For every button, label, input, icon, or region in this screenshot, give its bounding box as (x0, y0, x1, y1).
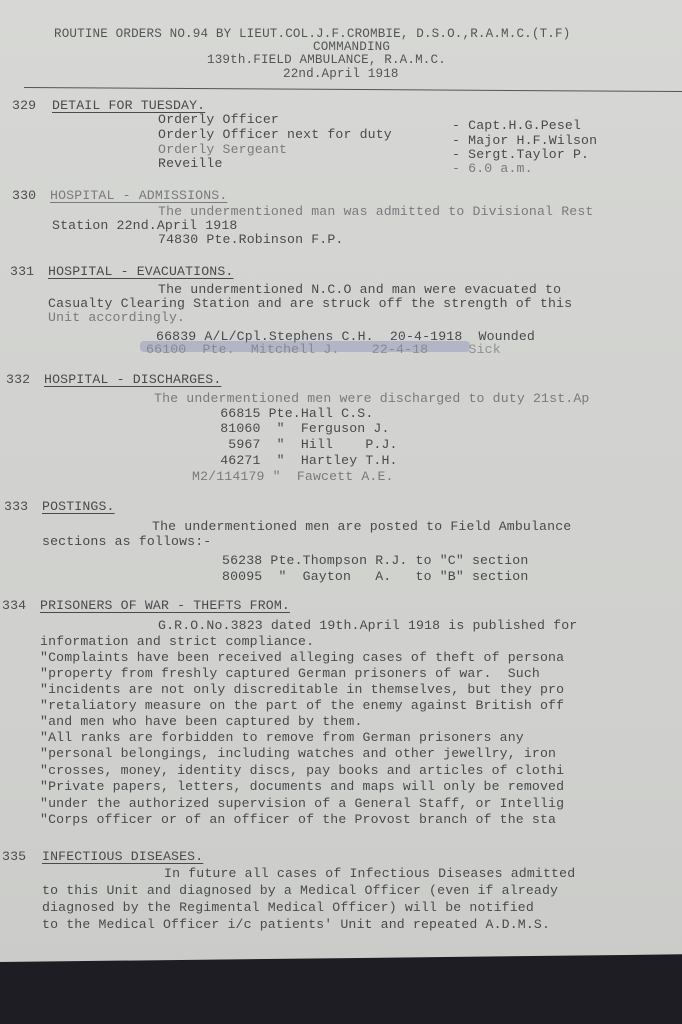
duty-assignee: - Sergt.Taylor P. (452, 147, 589, 162)
duty-role: Orderly Sergeant (158, 142, 287, 157)
duty-assignee: - Capt.H.G.Pesel (452, 118, 581, 133)
section-title: HOSPITAL - DISCHARGES. (44, 372, 221, 387)
body-line: In future all cases of Infectious Diseas… (164, 866, 575, 881)
quote-line: "and men who have been captured by them. (40, 714, 363, 729)
discharge-entry: 81060 " Ferguson J. (196, 421, 390, 436)
discharge-entry: 46271 " Hartley T.H. (196, 453, 398, 468)
posting-entry: 56238 Pte.Thompson R.J. to "C" section (222, 553, 528, 568)
body-line: information and strict compliance. (40, 634, 314, 649)
body-line: The undermentioned N.C.O and man were ev… (158, 282, 561, 297)
body-line: G.R.O.No.3823 dated 19th.April 1918 is p… (158, 618, 577, 633)
quote-line: "Private papers, letters, documents and … (40, 779, 564, 794)
body-line: The undermentioned men were discharged t… (154, 391, 589, 406)
section-number: 333 (4, 499, 28, 514)
duty-assignee: - Major H.F.Wilson (452, 133, 597, 148)
posting-entry: 80095 " Gayton A. to "B" section (222, 569, 528, 584)
duty-assignee: - 6.0 a.m. (452, 161, 533, 176)
evacuation-entry-struck: 66100 Pte. Mitchell J. 22-4-18 Sick (146, 342, 501, 357)
quote-line: "property from freshly captured German p… (40, 666, 540, 681)
body-line: to this Unit and diagnosed by a Medical … (42, 883, 558, 898)
section-number: 335 (2, 849, 26, 864)
body-line: Station 22nd.April 1918 (52, 218, 237, 233)
admission-entry: 74830 Pte.Robinson F.P. (158, 232, 343, 247)
quote-line: "Corps officer or of an officer of the P… (40, 812, 556, 827)
quote-line: "personal belongings, including watches … (40, 746, 556, 761)
quote-line: "under the authorized supervision of a G… (40, 796, 564, 811)
document-page: ROUTINE ORDERS NO.94 BY LIEUT.COL.J.F.CR… (0, 0, 682, 962)
discharge-entry: M2/114179 " Fawcett A.E. (192, 469, 394, 484)
body-line: Unit accordingly. (48, 310, 185, 325)
quote-line: "incidents are not only discreditable in… (40, 682, 564, 697)
body-line: The undermentioned man was admitted to D… (158, 204, 593, 219)
header-date: 22nd.April 1918 (283, 67, 399, 82)
quote-line: "crosses, money, identity discs, pay boo… (40, 763, 564, 778)
quote-line: "All ranks are forbidden to remove from … (40, 730, 524, 745)
section-number: 331 (10, 264, 34, 279)
section-title: HOSPITAL - EVACUATIONS. (48, 264, 233, 279)
body-line: Casualty Clearing Station and are struck… (48, 296, 572, 311)
header-unit: 139th.FIELD AMBULANCE, R.A.M.C. (207, 53, 446, 68)
discharge-entry: 5967 " Hill P.J. (196, 437, 398, 452)
header-rule (24, 87, 682, 92)
section-number: 334 (2, 598, 26, 613)
section-title: INFECTIOUS DISEASES. (42, 849, 203, 864)
duty-role: Reveille (158, 156, 223, 171)
section-title: PRISONERS OF WAR - THEFTS FROM. (40, 598, 290, 613)
body-line: The undermentioned men are posted to Fie… (152, 519, 571, 534)
section-title: POSTINGS. (42, 499, 115, 514)
discharge-entry: 66815 Pte.Hall C.S. (196, 406, 373, 421)
duty-role: Orderly Officer (158, 112, 279, 127)
section-title: DETAIL FOR TUESDAY. (52, 98, 205, 113)
body-line: to the Medical Officer i/c patients' Uni… (42, 917, 550, 932)
quote-line: "retaliatory measure on the part of the … (40, 698, 564, 713)
section-number: 332 (6, 372, 30, 387)
body-line: sections as follows:- (42, 534, 211, 549)
quote-line: "Complaints have been received alleging … (40, 650, 564, 665)
duty-role: Orderly Officer next for duty (158, 127, 392, 142)
section-title: HOSPITAL - ADMISSIONS. (50, 188, 227, 203)
background-surface (0, 962, 682, 1024)
body-line: diagnosed by the Regimental Medical Offi… (42, 900, 534, 915)
section-number: 329 (12, 98, 36, 113)
section-number: 330 (12, 188, 36, 203)
